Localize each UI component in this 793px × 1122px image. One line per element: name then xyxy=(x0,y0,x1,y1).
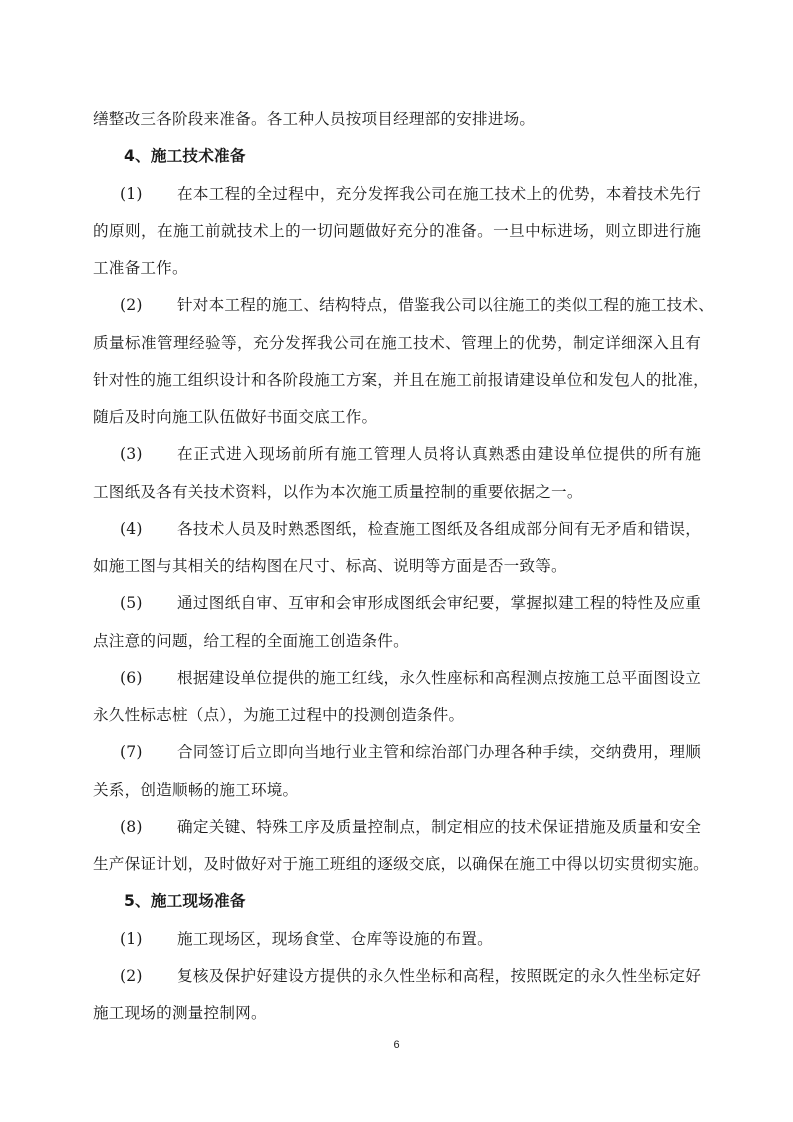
list-item-1: (1) 在本工程的全过程中，充分发挥我公司在施工技术上的优势，本着技术先行 xyxy=(93,176,701,213)
item-text: 通过图纸自审、互审和会审形成图纸会审纪要，掌握拟建工程的特性及应重 xyxy=(177,585,701,622)
list-item-1: (1) 施工现场区，现场食堂、仓库等设施的布置。 xyxy=(93,921,701,958)
list-item-2: (2) 针对本工程的施工、结构特点，借鉴我公司以往施工的类似工程的施工技术、 xyxy=(93,287,701,324)
paragraph-line: 工准备工作。 xyxy=(93,250,701,287)
item-number: (3) xyxy=(93,436,177,473)
item-number: (8) xyxy=(93,809,177,846)
document-page: 缮整改三各阶段来准备。各工种人员按项目经理部的安排进场。 4、施工技术准备 (1… xyxy=(0,0,793,1122)
paragraph-line: 的原则，在施工前就技术上的一切问题做好充分的准备。一旦中标进场，则立即进行施 xyxy=(93,213,701,250)
paragraph-line: 缮整改三各阶段来准备。各工种人员按项目经理部的安排进场。 xyxy=(93,101,701,138)
paragraph-line: 质量标准管理经验等，充分发挥我公司在施工技术、管理上的优势，制定详细深入且有 xyxy=(93,325,701,362)
item-text: 复核及保护好建设方提供的永久性坐标和高程，按照既定的永久性坐标定好 xyxy=(177,958,701,995)
item-number: (4) xyxy=(93,511,177,548)
item-text: 各技术人员及时熟悉图纸，检查施工图纸及各组成部分间有无矛盾和错误， xyxy=(177,511,701,548)
list-item-7: (7) 合同签订后立即向当地行业主管和综治部门办理各种手续，交纳费用，理顺 xyxy=(93,734,701,771)
paragraph-line: 工图纸及各有关技术资料，以作为本次施工质量控制的重要依据之一。 xyxy=(93,474,701,511)
item-number: (2) xyxy=(93,287,177,324)
paragraph-line: 永久性标志桩（点），为施工过程中的投测创造条件。 xyxy=(93,697,701,734)
list-item-5: (5) 通过图纸自审、互审和会审形成图纸会审纪要，掌握拟建工程的特性及应重 xyxy=(93,585,701,622)
item-number: (1) xyxy=(93,176,177,213)
item-text: 确定关键、特殊工序及质量控制点，制定相应的技术保证措施及质量和安全 xyxy=(177,809,701,846)
list-item-8: (8) 确定关键、特殊工序及质量控制点，制定相应的技术保证措施及质量和安全 xyxy=(93,809,701,846)
paragraph-line: 施工现场的测量控制网。 xyxy=(93,995,701,1032)
section-heading-4: 4、施工技术准备 xyxy=(93,138,701,175)
item-text: 在本工程的全过程中，充分发挥我公司在施工技术上的优势，本着技术先行 xyxy=(177,176,701,213)
item-number: (1) xyxy=(93,921,177,958)
paragraph-line: 针对性的施工组织设计和各阶段施工方案，并且在施工前报请建设单位和发包人的批准， xyxy=(93,362,701,399)
paragraph-line: 生产保证计划，及时做好对于施工班组的逐级交底，以确保在施工中得以切实贯彻实施。 xyxy=(93,846,701,883)
item-number: (6) xyxy=(93,660,177,697)
item-number: (7) xyxy=(93,734,177,771)
list-item-2: (2) 复核及保护好建设方提供的永久性坐标和高程，按照既定的永久性坐标定好 xyxy=(93,958,701,995)
page-number: 6 xyxy=(0,1039,793,1051)
item-text: 根据建设单位提供的施工红线，永久性座标和高程测点按施工总平面图设立 xyxy=(177,660,701,697)
paragraph-line: 点注意的问题，给工程的全面施工创造条件。 xyxy=(93,623,701,660)
paragraph-line: 如施工图与其相关的结构图在尺寸、标高、说明等方面是否一致等。 xyxy=(93,548,701,585)
item-number: (5) xyxy=(93,585,177,622)
item-text: 施工现场区，现场食堂、仓库等设施的布置。 xyxy=(177,921,701,958)
list-item-4: (4) 各技术人员及时熟悉图纸，检查施工图纸及各组成部分间有无矛盾和错误， xyxy=(93,511,701,548)
page-body: 缮整改三各阶段来准备。各工种人员按项目经理部的安排进场。 4、施工技术准备 (1… xyxy=(93,101,701,1032)
list-item-6: (6) 根据建设单位提供的施工红线，永久性座标和高程测点按施工总平面图设立 xyxy=(93,660,701,697)
item-text: 在正式进入现场前所有施工管理人员将认真熟悉由建设单位提供的所有施 xyxy=(177,436,701,473)
item-text: 针对本工程的施工、结构特点，借鉴我公司以往施工的类似工程的施工技术、 xyxy=(177,287,714,324)
section-heading-5: 5、施工现场准备 xyxy=(93,883,701,920)
item-number: (2) xyxy=(93,958,177,995)
paragraph-line: 随后及时向施工队伍做好书面交底工作。 xyxy=(93,399,701,436)
paragraph-line: 关系，创造顺畅的施工环境。 xyxy=(93,772,701,809)
item-text: 合同签订后立即向当地行业主管和综治部门办理各种手续，交纳费用，理顺 xyxy=(177,734,701,771)
list-item-3: (3) 在正式进入现场前所有施工管理人员将认真熟悉由建设单位提供的所有施 xyxy=(93,436,701,473)
